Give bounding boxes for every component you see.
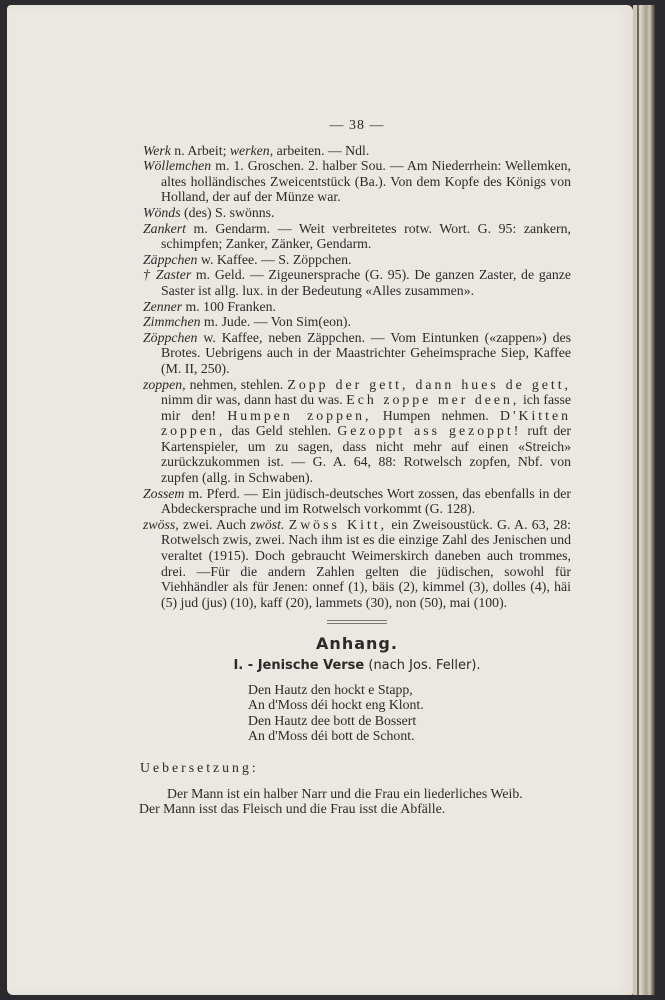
- spaced-example: Zopp der gett, dann hues de gett,: [287, 377, 571, 392]
- glossary-entry: zwöss, zwei. Auch zwöst. Zwöss Kitt, ein…: [143, 517, 571, 611]
- definition-text: zwei. Auch: [179, 517, 251, 532]
- definition-text: Humpen nehmen.: [371, 408, 500, 423]
- headword: Wönds: [143, 205, 181, 220]
- spaced-example: Ech zoppe mer deen,: [346, 392, 519, 407]
- verse-line: An d'Moss déi hockt eng Klont.: [248, 697, 571, 713]
- appendix-title: Anhang.: [143, 636, 571, 652]
- definition-text: nehmen, stehlen.: [186, 377, 288, 392]
- headword: Zöppchen: [143, 330, 197, 345]
- headword: Wöllemchen: [143, 158, 211, 173]
- definition-text: w. Kaffee, neben Zäppchen. — Vom Eintunk…: [161, 330, 571, 376]
- definition-text: das Geld stehlen.: [225, 423, 337, 438]
- page-number: — 38 —: [143, 118, 571, 134]
- glossary-entries: Werk n. Arbeit; werken, arbeiten. — Ndl.…: [143, 143, 571, 611]
- spaced-example: Zwöss Kitt,: [289, 517, 387, 532]
- glossary-entry: Zenner m. 100 Franken.: [143, 299, 571, 315]
- section-separator: [327, 620, 387, 624]
- definition-text: m. Pferd. — Ein jüdisch-deutsches Wort z…: [161, 486, 571, 517]
- definition-text: m. Geld. — Zigeunersprache (G. 95). De g…: [161, 267, 571, 298]
- glossary-entry: Werk n. Arbeit; werken, arbeiten. — Ndl.: [143, 143, 571, 159]
- appendix-subtitle-bold: I. - Jenische Verse: [233, 658, 364, 673]
- definition-text: (des) S. swönns.: [181, 205, 275, 220]
- definition-text: m. 1. Groschen. 2. halber Sou. — Am Nied…: [161, 158, 571, 204]
- definition-text: n. Arbeit;: [171, 143, 230, 158]
- translation-text: Der Mann ist ein halber Narr und die Fra…: [139, 786, 577, 817]
- spaced-example: Gezoppt ass gezoppt!: [337, 423, 521, 438]
- verse-line: Den Hautz dee bott de Bossert: [248, 713, 571, 729]
- glossary-entry: Wöllemchen m. 1. Groschen. 2. halber Sou…: [143, 158, 571, 205]
- headword: zwöss,: [143, 517, 179, 532]
- headword: Zossem: [143, 486, 184, 501]
- page-content: — 38 — Werk n. Arbeit; werken, arbeiten.…: [143, 118, 571, 817]
- appendix-subtitle: I. - Jenische Verse (nach Jos. Feller).: [143, 658, 571, 674]
- verse-block: Den Hautz den hockt e Stapp, An d'Moss d…: [248, 682, 571, 744]
- translation-label: Uebersetzung:: [140, 760, 571, 776]
- glossary-entry: zoppen, nehmen, stehlen. Zopp der gett, …: [143, 377, 571, 486]
- glossary-entry: Zäppchen w. Kaffee. — S. Zöppchen.: [143, 252, 571, 268]
- definition-text: w. Kaffee. — S. Zöppchen.: [197, 252, 351, 267]
- definition-text: m. 100 Franken.: [182, 299, 276, 314]
- headword: Zankert: [143, 221, 186, 236]
- verse-line: Den Hautz den hockt e Stapp,: [248, 682, 571, 698]
- definition-text: arbeiten. — Ndl.: [273, 143, 369, 158]
- page-edge-line: [637, 5, 639, 995]
- headword: Werk: [143, 143, 171, 158]
- headword: Zäppchen: [143, 252, 197, 267]
- italic-form: zwöst.: [250, 517, 284, 532]
- headword: Zenner: [143, 299, 182, 314]
- glossary-entry: † Zaster m. Geld. — Zigeunersprache (G. …: [143, 267, 571, 298]
- headword: zoppen,: [143, 377, 186, 392]
- definition-text: m. Gendarm. — Weit verbreitetes rotw. Wo…: [161, 221, 571, 252]
- glossary-entry: Zossem m. Pferd. — Ein jüdisch-deutsches…: [143, 486, 571, 517]
- translation-line: Der Mann ist ein halber Narr und die Fra…: [139, 786, 577, 802]
- glossary-entry: Zimmchen m. Jude. — Von Sim(eon).: [143, 314, 571, 330]
- spaced-example: Humpen zoppen,: [227, 408, 371, 423]
- definition-text: m. Jude. — Von Sim(eon).: [200, 314, 351, 329]
- verse-line: An d'Moss déi bott de Schont.: [248, 728, 571, 744]
- glossary-entry: Zankert m. Gendarm. — Weit verbreitetes …: [143, 221, 571, 252]
- translation-line: Der Mann isst das Fleisch und die Frau i…: [139, 801, 577, 817]
- definition-text: nimm dir was, dann hast du was.: [161, 392, 346, 407]
- appendix-subtitle-rest: (nach Jos. Feller).: [364, 658, 480, 673]
- glossary-entry: Zöppchen w. Kaffee, neben Zäppchen. — Vo…: [143, 330, 571, 377]
- headword: † Zaster: [143, 267, 191, 282]
- glossary-entry: Wönds (des) S. swönns.: [143, 205, 571, 221]
- headword: Zimmchen: [143, 314, 200, 329]
- italic-form: werken,: [230, 143, 273, 158]
